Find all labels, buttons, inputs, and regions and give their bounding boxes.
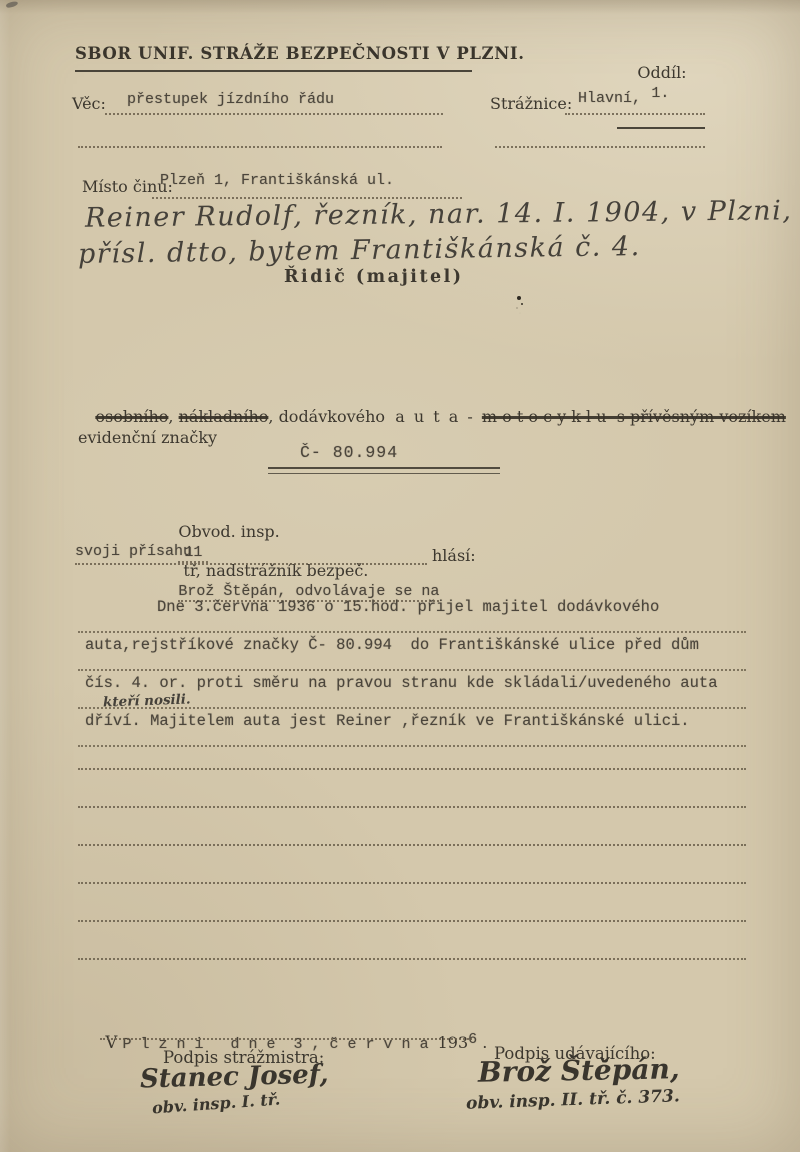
- station-value: Hlavní,: [578, 90, 641, 107]
- report-line-4: dříví. Majitelem auta jest Reiner ,řezní…: [78, 712, 746, 747]
- dotted-line: [78, 958, 746, 960]
- left-signature-rank: obv. insp. I. tř.: [151, 1090, 280, 1118]
- vehicle-separator: ,: [168, 407, 178, 426]
- page-title: SBOR UNIF. STRÁŽE BEZPEČNOSTI V PLZNI.: [75, 44, 472, 72]
- date-period: .: [477, 1033, 487, 1052]
- dotted-line: [78, 146, 442, 148]
- vehicle-option-nakladniho: nákladního: [179, 407, 269, 426]
- vehicle-option-motocyklu: m o t o c y k l u s přívěsným vozíkem: [482, 407, 786, 426]
- reports-label: hlásí:: [432, 546, 476, 565]
- role-line: Řidič (majitel): [284, 267, 464, 287]
- dotted-line: [105, 113, 443, 115]
- section-label: Oddíl:: [637, 63, 686, 82]
- dotted-line: [78, 768, 746, 770]
- oath-value: svoji přísahu: [75, 543, 427, 565]
- plate-underline: [268, 467, 500, 474]
- dotted-line: [78, 844, 746, 846]
- dotted-line: [78, 882, 746, 884]
- report-insertion: kteří nosili.: [103, 691, 191, 710]
- dotted-line: [78, 920, 746, 922]
- report-line-2: auta,rejstříkové značky Č- 80.994 do Fra…: [78, 636, 746, 671]
- ink-smudge: [517, 296, 521, 300]
- dotted-line: [100, 1038, 472, 1040]
- plate-label: evidenční značky: [78, 428, 217, 447]
- section-field: Oddíl: 1.: [617, 44, 705, 129]
- vehicle-option-osobniho: osobního: [95, 407, 168, 426]
- district-label: Obvod. insp.: [178, 522, 279, 541]
- right-signature-rank: obv. insp. II. tř. č. 373.: [466, 1086, 680, 1113]
- date-in-label: V: [105, 1033, 122, 1052]
- dotted-line: [495, 146, 705, 148]
- dotted-line: [565, 113, 705, 115]
- subject-value: přestupek jízdního řádu: [127, 91, 334, 108]
- scene-value: Plzeň 1, Františkánská ul.: [160, 172, 394, 189]
- date-year-printed: 193: [438, 1033, 469, 1052]
- section-value: 1.: [651, 85, 669, 102]
- right-signature: Brož Štěpán,: [478, 1052, 680, 1089]
- left-signature: Stanec Josef,: [140, 1060, 329, 1095]
- vehicle-option-dodavkoveho: , dodávkového: [268, 407, 395, 426]
- vehicle-word-auta: a u t a -: [395, 407, 482, 426]
- handwritten-line-1: Reiner Rudolf, řezník, nar. 14. I. 1904,…: [85, 195, 793, 233]
- plate-value: Č- 80.994: [300, 443, 398, 462]
- handwritten-line-2: přísl. dtto, bytem Františkánská č. 4.: [78, 231, 641, 270]
- scanned-police-report: SBOR UNIF. STRÁŽE BEZPEČNOSTI V PLZNI. O…: [0, 0, 800, 1152]
- station-label: Strážnice:: [490, 94, 572, 113]
- subject-label: Věc:: [72, 94, 106, 113]
- report-line-1: Dne 3.června 1936 o 15.hod. přijel majit…: [78, 598, 746, 633]
- scan-edge-mark: [6, 0, 19, 8]
- dotted-line: [78, 806, 746, 808]
